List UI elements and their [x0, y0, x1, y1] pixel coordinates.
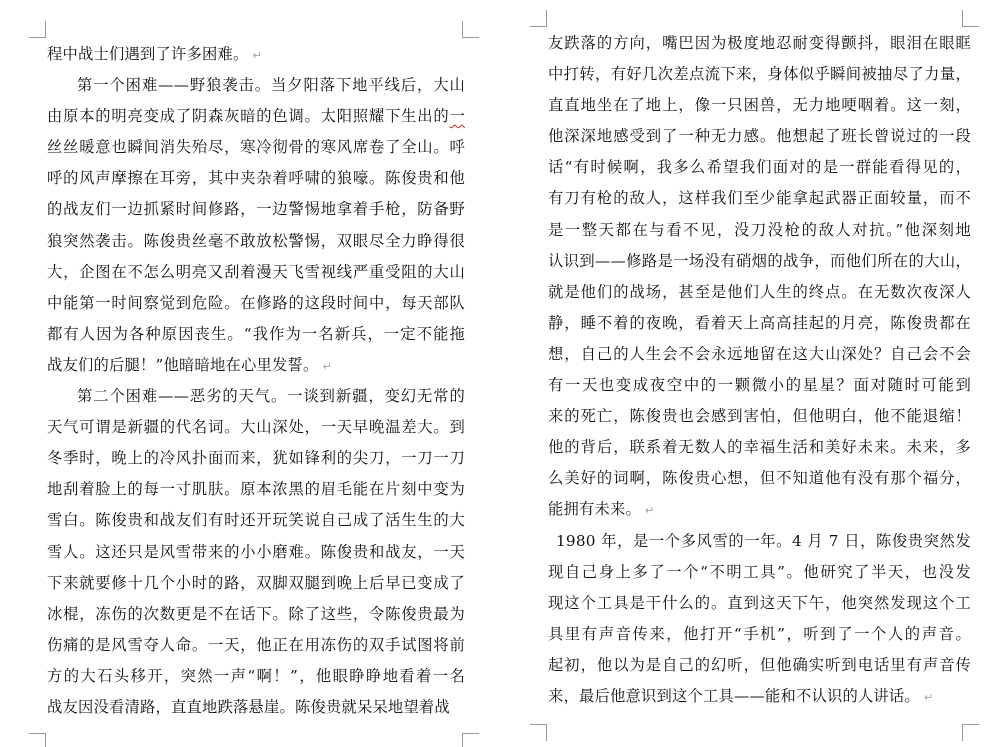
paragraph-mark-icon: ↵ — [252, 49, 261, 62]
text-line: 他深深地感受到了一种无力感。他想起了班长曾说过的一段 — [548, 121, 971, 152]
line-text: 直直地坐在了地上，像一只困兽，无力地哽咽着。这一刻， — [548, 96, 971, 114]
page-text-body[interactable]: 友跌落的方向，嘴巴因为极度地忍耐变得颤抖，眼泪在眼眶中打转，有好几次差点流下来，… — [548, 28, 971, 712]
line-text: 的战友们一边抓紧时间修路，一边警惕地拿着手枪，防备野 — [47, 200, 465, 218]
line-text: 想，自己的人生会不会永远地留在这大山深处？自己会不会 — [548, 345, 971, 363]
text-line: 雪人。这还只是风雪带来的小小磨难。陈俊贵和战友，一天 — [47, 537, 465, 568]
text-line: 现这个工具是干什么的。直到这天下午，他突然发现这个工 — [548, 588, 971, 619]
text-line: 认识到——修路是一场没有硝烟的战争，而他们所在的大山， — [548, 246, 971, 277]
line-text: 狼突然袭击。陈俊贵丝毫不敢放松警惕，双眼尽全力睁得很 — [47, 232, 465, 250]
text-line: 下来就要修十几个小时的路，双脚双腿到晚上后早已变成了 — [47, 568, 465, 599]
text-line: 起初，他以为是自己的幻听，但他确实听到电话里有声音传 — [548, 650, 971, 681]
text-line: 都有人因为各种原因丧生。“我作为一名新兵，一定不能拖 — [47, 319, 465, 350]
line-text: 第二个困难——恶劣的天气。一谈到新疆，变幻无常的 — [77, 387, 465, 405]
page-corner-mark-top-left — [29, 21, 46, 38]
line-text: 1980 年，是一个多风雪的一年。4 月 7 日，陈俊贵突然发 — [556, 532, 971, 550]
line-text: 起初，他以为是自己的幻听，但他确实听到电话里有声音传 — [548, 656, 971, 674]
text-line: 能拥有未来。↵ — [548, 494, 971, 525]
line-text: 大，企图在不怎么明亮又刮着漫天飞雪视线严重受阻的大山 — [47, 263, 465, 281]
paragraph-mark-icon: ↵ — [924, 691, 933, 704]
line-text: 雪人。这还只是风雪带来的小小磨难。陈俊贵和战友，一天 — [47, 543, 465, 561]
page-corner-mark-top-left — [530, 10, 547, 27]
text-line: 是一整天都在与看不见，没刀没枪的敌人对抗。”他深刻地 — [548, 215, 971, 246]
line-text: 现这个工具是干什么的。直到这天下午，他突然发现这个工 — [548, 594, 971, 612]
line-text: 地刮着脸上的每一寸肌肤。原本浓黑的眉毛能在片刻中变为 — [47, 480, 465, 498]
text-line: 友跌落的方向，嘴巴因为极度地忍耐变得颤抖，眼泪在眼眶 — [548, 28, 971, 59]
page-corner-mark-top-right — [962, 10, 979, 27]
page-text-body[interactable]: 程中战士们遇到了许多困难。↵第一个困难——野狼袭击。当夕阳落下地平线后，大山由原… — [47, 39, 465, 723]
line-text: 雪白。陈俊贵和战友们有时还开玩笑说自己成了活生生的大 — [47, 511, 465, 529]
text-line: 具里有声音传来，他打开“手机”，听到了一个人的声音。 — [548, 619, 971, 650]
text-line: 战友因没看清路，直直地跌落悬崖。陈俊贵就呆呆地望着战 — [47, 692, 465, 723]
line-text: 他的背后，联系着无数人的幸福生活和美好未来。未来，多 — [548, 438, 971, 456]
line-text: 冬季时，晚上的冷风扑面而来，犹如锋利的尖刀，一刀一刀 — [47, 449, 465, 467]
paragraph-mark-icon: ↵ — [645, 504, 654, 517]
text-line: 就是他们的战场，甚至是他们人生的终点。在无数次夜深人 — [548, 277, 971, 308]
text-line: 静，睡不着的夜晚，看着天上高高挂起的月亮，陈俊贵都在 — [548, 308, 971, 339]
text-line: 1980 年，是一个多风雪的一年。4 月 7 日，陈俊贵突然发 — [548, 526, 971, 557]
line-text: 话“有时候啊，我多么希望我们面对的是一群能看得见的， — [548, 158, 971, 176]
line-text: 伤痛的是风雪夺人命。一天，他正在用冻伤的双手试图将前 — [47, 636, 465, 654]
text-line: 程中战士们遇到了许多困难。↵ — [47, 39, 465, 70]
line-text: 方的大石头移开，突然一声“啊！”，他眼睁睁地看着一名 — [47, 667, 465, 685]
text-line: 他的背后，联系着无数人的幸福生活和美好未来。未来，多 — [548, 432, 971, 463]
text-line: 冰棍，冻伤的次数更是不在话下。除了这些，令陈俊贵最为 — [47, 599, 465, 630]
text-line: 第一个困难——野狼袭击。当夕阳落下地平线后，大山 — [47, 70, 465, 101]
page-corner-mark-bottom-left — [530, 724, 547, 741]
text-line: 中打转，有好几次差点流下来，身体似乎瞬间被抽尽了力量， — [548, 59, 971, 90]
line-text: 就是他们的战场，甚至是他们人生的终点。在无数次夜深人 — [548, 283, 971, 301]
line-text: 现自己身上多了一个“不明工具”。他研究了半天，也没发 — [548, 563, 971, 581]
text-line: 中能第一时间察觉到危险。在修路的这段时间中，每天部队 — [47, 288, 465, 319]
line-text: 有刀有枪的敌人，这样我们至少能拿起武器正面较量，而不 — [548, 189, 971, 207]
line-text: 能拥有未来。 — [548, 500, 641, 518]
line-text: 认识到——修路是一场没有硝烟的战争，而他们所在的大山， — [548, 252, 971, 270]
line-text: 第一个困难——野狼袭击。当夕阳落下地平线后，大山 — [77, 76, 465, 94]
text-line: 伤痛的是风雪夺人命。一天，他正在用冻伤的双手试图将前 — [47, 630, 465, 661]
text-line: 来，最后他意识到这个工具——能和不认识的人讲话。↵ — [548, 681, 971, 712]
line-text: 来的死亡，陈俊贵也会感到害怕，但他明白，他不能退缩！ — [548, 407, 971, 425]
document-page-right: 友跌落的方向，嘴巴因为极度地忍耐变得颤抖，眼泪在眼眶中打转，有好几次差点流下来，… — [505, 0, 997, 747]
line-text: 有一天也变成夜空中的一颗微小的星星？面对随时可能到 — [548, 376, 971, 394]
text-line: 丝丝暖意也瞬间消失殆尽，寒冷彻骨的寒风席卷了全山。呼 — [47, 132, 465, 163]
text-line: 冬季时，晚上的冷风扑面而来，犹如锋利的尖刀，一刀一刀 — [47, 443, 465, 474]
text-line: 战友们的后腿！”他暗暗地在心里发誓。↵ — [47, 350, 465, 381]
line-text: 冰棍，冻伤的次数更是不在话下。除了这些，令陈俊贵最为 — [47, 605, 465, 623]
text-line: 天气可谓是新疆的代名词。大山深处，一天早晚温差大。到 — [47, 412, 465, 443]
line-text: 战友们的后腿！”他暗暗地在心里发誓。 — [47, 356, 318, 374]
document-page-left: 程中战士们遇到了许多困难。↵第一个困难——野狼袭击。当夕阳落下地平线后，大山由原… — [0, 0, 505, 747]
text-line: 的战友们一边抓紧时间修路，一边警惕地拿着手枪，防备野 — [47, 194, 465, 225]
line-text: 战友因没看清路，直直地跌落悬崖。陈俊贵就呆呆地望着战 — [47, 698, 450, 716]
line-text: 程中战士们遇到了许多困难。 — [47, 45, 248, 63]
line-text: 友跌落的方向，嘴巴因为极度地忍耐变得颤抖，眼泪在眼眶 — [548, 34, 971, 52]
line-text: 中能第一时间察觉到危险。在修路的这段时间中，每天部队 — [47, 294, 465, 312]
paragraph-mark-icon: ↵ — [322, 360, 331, 373]
text-line: 地刮着脸上的每一寸肌肤。原本浓黑的眉毛能在片刻中变为 — [47, 474, 465, 505]
line-text: 来，最后他意识到这个工具——能和不认识的人讲话。 — [548, 687, 920, 705]
text-line: 话“有时候啊，我多么希望我们面对的是一群能看得见的， — [548, 152, 971, 183]
line-text: 具里有声音传来，他打开“手机”，听到了一个人的声音。 — [548, 625, 971, 643]
line-text: 静，睡不着的夜晚，看着天上高高挂起的月亮，陈俊贵都在 — [548, 314, 971, 332]
line-text: 呼的风声摩擦在耳旁，其中夹杂着呼啸的狼嚎。陈俊贵和他 — [47, 169, 465, 187]
line-text: 下来就要修十几个小时的路，双脚双腿到晚上后早已变成了 — [47, 574, 465, 592]
text-line: 想，自己的人生会不会永远地留在这大山深处？自己会不会 — [548, 339, 971, 370]
text-line: 直直地坐在了地上，像一只困兽，无力地哽咽着。这一刻， — [548, 90, 971, 121]
text-line: 么美好的词啊，陈俊贵心想，但不知道他有没有那个福分， — [548, 463, 971, 494]
text-line: 有一天也变成夜空中的一颗微小的星星？面对随时可能到 — [548, 370, 971, 401]
text-line: 来的死亡，陈俊贵也会感到害怕，但他明白，他不能退缩！ — [548, 401, 971, 432]
page-corner-mark-bottom-right — [462, 733, 479, 747]
page-corner-mark-bottom-right — [962, 724, 979, 741]
line-text: 都有人因为各种原因丧生。“我作为一名新兵，一定不能拖 — [47, 325, 465, 343]
text-line: 呼的风声摩擦在耳旁，其中夹杂着呼啸的狼嚎。陈俊贵和他 — [47, 163, 465, 194]
text-line: 方的大石头移开，突然一声“啊！”，他眼睁睁地看着一名 — [47, 661, 465, 692]
line-text: 么美好的词啊，陈俊贵心想，但不知道他有没有那个福分， — [548, 469, 971, 487]
line-text: 由原本的明亮变成了阴森灰暗的色调。太阳照耀下生出的 — [47, 107, 450, 125]
line-text: 丝丝暖意也瞬间消失殆尽，寒冷彻骨的寒风席卷了全山。呼 — [47, 138, 465, 156]
line-text: 他深深地感受到了一种无力感。他想起了班长曾说过的一段 — [548, 127, 971, 145]
text-line: 狼突然袭击。陈俊贵丝毫不敢放松警惕，双眼尽全力睁得很 — [47, 226, 465, 257]
text-line: 大，企图在不怎么明亮又刮着漫天飞雪视线严重受阻的大山 — [47, 257, 465, 288]
text-line: 有刀有枪的敌人，这样我们至少能拿起武器正面较量，而不 — [548, 183, 971, 214]
text-line: 第二个困难——恶劣的天气。一谈到新疆，变幻无常的 — [47, 381, 465, 412]
text-line: 雪白。陈俊贵和战友们有时还开玩笑说自己成了活生生的大 — [47, 505, 465, 536]
line-text: 天气可谓是新疆的代名词。大山深处，一天早晚温差大。到 — [47, 418, 465, 436]
page-corner-mark-bottom-left — [29, 733, 46, 747]
page-corner-mark-top-right — [462, 21, 479, 38]
text-line: 由原本的明亮变成了阴森灰暗的色调。太阳照耀下生出的一 — [47, 101, 465, 132]
line-text: 是一整天都在与看不见，没刀没枪的敌人对抗。”他深刻地 — [548, 221, 971, 239]
spellcheck-flagged-text[interactable]: 一 — [450, 107, 466, 125]
text-line: 现自己身上多了一个“不明工具”。他研究了半天，也没发 — [548, 557, 971, 588]
line-text: 中打转，有好几次差点流下来，身体似乎瞬间被抽尽了力量， — [548, 65, 971, 83]
